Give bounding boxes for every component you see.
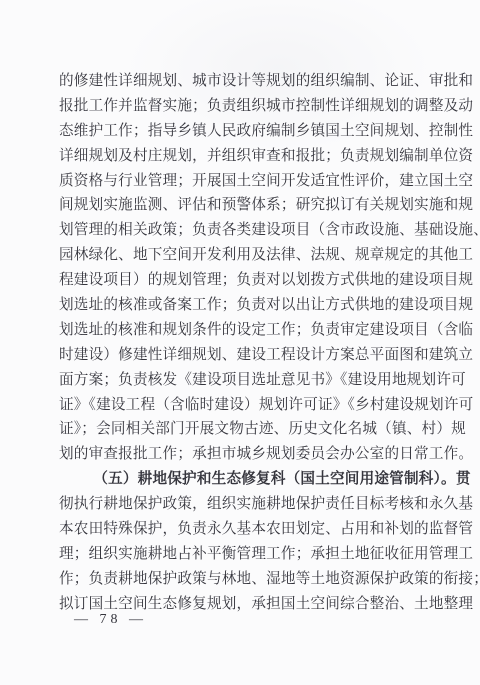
- text-line: 态维护工作；指导乡镇人民政府编制乡镇国土空间规划、控制性: [59, 119, 437, 144]
- text-line: 的修建性详细规划、城市设计等规划的组织编制、论证、审批和: [59, 69, 437, 94]
- text-line: 划选址的核准和规划条件的设定工作；负责审定建设项目（含临: [59, 318, 437, 343]
- text-line: 质资格与行业管理；开展国土空间开发适宜性评价，建立国土空: [59, 169, 437, 194]
- text-line: 划的审查报批工作；承担市城乡规划委员会办公室的日常工作。: [59, 442, 437, 467]
- text-line: 时建设）修建性详细规划、建设工程设计方案总平面图和建筑立: [59, 343, 437, 368]
- text-line: 彻执行耕地保护政策，组织实施耕地保护责任目标考核和永久基: [59, 492, 437, 517]
- text-line: 划管理的相关政策；负责各类建设项目（含市政设施、基础设施、: [59, 218, 437, 243]
- text-line: 间规划实施监测、评估和预警体系；研究拟订有关规划实施和规: [59, 193, 437, 218]
- scanned-document-page: 的修建性详细规划、城市设计等规划的组织编制、论证、审批和 报批工作并监督实施；负…: [0, 0, 480, 685]
- document-text-block: 的修建性详细规划、城市设计等规划的组织编制、论证、审批和 报批工作并监督实施；负…: [59, 69, 437, 617]
- text-line: 详细规划及村庄规划，并组织审查和报批；负责规划编制单位资: [59, 144, 437, 169]
- text-line: 证》《建设工程（含临时建设）规划许可证》《乡村建设规划许可: [59, 393, 437, 418]
- text-line: 报批工作并监督实施；负责组织城市控制性详细规划的调整及动: [59, 94, 437, 119]
- text-line: 证》；会同相关部门开展文物古迹、历史文化名城（镇、村）规: [59, 417, 437, 442]
- text-line: 程建设项目）的规划管理；负责对以划拨方式供地的建设项目规: [59, 268, 437, 293]
- text-line: 园林绿化、地下空间开发利用及法律、法规、规章规定的其他工: [59, 243, 437, 268]
- text-line: 本农田特殊保护，负责永久基本农田划定、占用和补划的监督管: [59, 517, 437, 542]
- text-line: 作；负责耕地保护政策与林地、湿地等土地资源保护政策的衔接；: [59, 567, 437, 592]
- page-number: — 78 —: [74, 612, 147, 628]
- text-line: 面方案；负责核发《建设项目选址意见书》《建设用地规划许可: [59, 368, 437, 393]
- text-line: 理；组织实施耕地占补平衡管理工作；承担土地征收征用管理工: [59, 542, 437, 567]
- text-line: 划选址的核准或备案工作；负责对以出让方式供地的建设项目规: [59, 293, 437, 318]
- section-heading-line: （五）耕地保护和生态修复科（国土空间用途管制科）。贯: [59, 467, 437, 492]
